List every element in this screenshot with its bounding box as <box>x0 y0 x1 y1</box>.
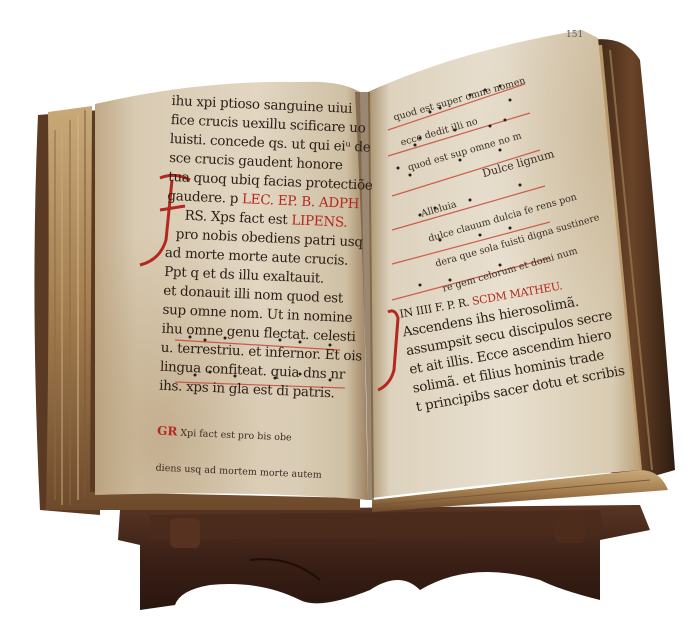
folio-number: 151 <box>566 30 583 40</box>
manuscript-photo: ihu xpi ptioso sanguine uiui fice crucis… <box>0 0 700 624</box>
rubric: LIPENS. <box>291 212 348 230</box>
wooden-stand <box>118 505 650 610</box>
chant-rubric: GR <box>157 424 178 439</box>
left-page-text: ihu xpi ptioso sanguine uiui fice crucis… <box>155 92 376 485</box>
chant-line: GR Xpi fact est pro bis obe <box>157 424 362 449</box>
